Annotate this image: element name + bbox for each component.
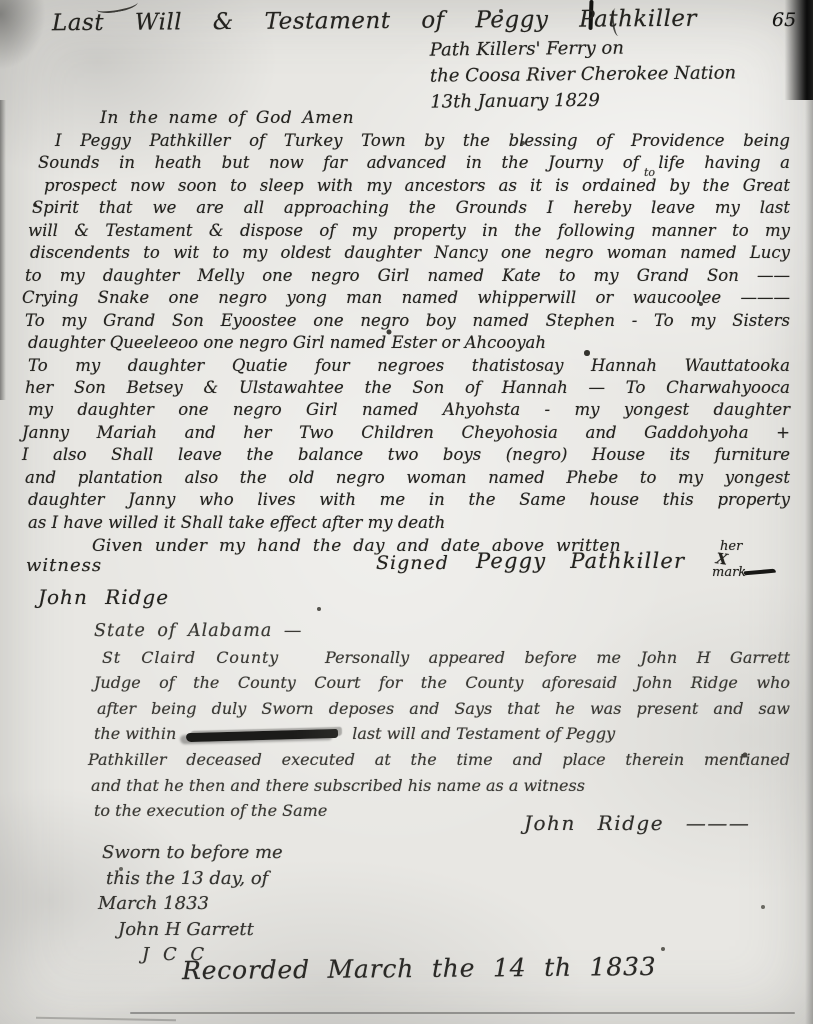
signed-label: Signed [376, 552, 449, 574]
place-line: the Coosa River Cherokee Nation [430, 60, 736, 89]
will-line: prospect now soon to sleep with my ances… [44, 175, 790, 197]
inserted-word: to [644, 166, 655, 179]
will-line: I Peggy Pathkiller of Turkey Town by the… [55, 130, 790, 152]
place-line: Path Killers' Ferry on [430, 34, 736, 63]
will-body: I Peggy Pathkiller of Turkey Town by the… [22, 130, 790, 534]
affidavit-line: Pathkiller deceased executed at the time… [88, 747, 790, 773]
witness-signature: John Ridge [38, 585, 169, 609]
will-line: daughter Queeleeoo one negro Girl named … [28, 332, 790, 354]
x-mark: X [715, 552, 728, 566]
jurat-line: March 1833 [98, 891, 283, 917]
corner-smudge [0, 0, 46, 70]
will-line: Sounds in heath but now far advanced in … [38, 152, 790, 174]
will-line: Janny Mariah and her Two Children Cheyoh… [22, 422, 790, 444]
affidavit-line: Personally appeared before me John H Gar… [325, 648, 790, 667]
will-line: as I have willed it Shall take effect af… [28, 512, 790, 534]
page-number: 65 [772, 9, 796, 31]
affidavit-line-suffix: last will and Testament of Peggy [352, 724, 615, 743]
struck-out-text [186, 729, 338, 742]
place-date-block: Path Killers' Ferry on the Coosa River C… [430, 34, 737, 115]
scanned-will-document-page: Last Will & Testament of Peggy Pathkille… [0, 0, 813, 1024]
testator-signature: Peggy Pathkiller [476, 549, 685, 573]
will-line: To my Grand Son Eyoostee one negro boy n… [25, 310, 790, 332]
date-line: 13th January 1829 [430, 86, 736, 115]
affidavit-line: Judge of the County Court for the County… [94, 670, 790, 696]
jurat-line: this the 13 day, of [106, 866, 283, 892]
will-line: Crying Snake one negro yong man named wh… [22, 287, 790, 309]
next-page-edge-line [130, 1012, 795, 1014]
will-line: to my daughter Melly one negro Girl name… [25, 265, 790, 287]
affidavit-line-prefix: the within [94, 724, 176, 743]
john-ridge-signature: John Ridge ——— [524, 811, 750, 835]
affidavit-line: after being duly Sworn deposes and Says … [97, 696, 790, 722]
county-label: St Claird County [102, 648, 279, 667]
affidavit-section: State of Alabama — St Claird CountyPerso… [88, 619, 790, 824]
affidavit-line-with-strikeout: the withinlast will and Testament of Peg… [94, 721, 790, 747]
will-line: discendents to wit to my oldest daughter… [30, 242, 790, 264]
ink-specks [0, 0, 2, 2]
will-line: my daughter one negro Girl named Ahyohst… [28, 399, 790, 421]
jurat-block: Sworn to before me this the 13 day, of M… [102, 840, 283, 968]
affidavit-line: and that he then and there subscribed hi… [91, 773, 790, 799]
will-line: her Son Betsey & Ulstawahtee the Son of … [25, 377, 790, 399]
state-line: State of Alabama — [94, 619, 790, 645]
page-bottom-edge-mark [36, 1017, 176, 1021]
will-line: I also Shall leave the balance two boys … [22, 444, 790, 466]
her-mark-block: her X mark [712, 541, 776, 579]
judge-signature: John H Garrett [118, 917, 283, 943]
invocation-line: In the name of God Amen [100, 108, 354, 128]
pen-flourish [744, 569, 776, 576]
page-left-edge-shading [0, 100, 6, 400]
mark-label: mark [712, 567, 746, 579]
jurat-line: Sworn to before me [102, 840, 283, 866]
document-title: Last Will & Testament of Peggy Pathkille… [52, 6, 697, 37]
will-line: Spirit that we are all approaching the G… [32, 197, 790, 219]
recorded-line: Recorded March the 14 th 1833 [182, 952, 657, 985]
page-right-edge-shading [805, 0, 813, 1024]
will-line: daughter Janny who lives with me in the … [28, 489, 790, 511]
witness-label: witness [26, 555, 102, 576]
will-line: and plantation also the old negro woman … [25, 467, 790, 489]
will-line: To my daughter Quatie four negroes thati… [28, 355, 790, 377]
will-line: will & Testament & dispose of my propert… [28, 220, 790, 242]
